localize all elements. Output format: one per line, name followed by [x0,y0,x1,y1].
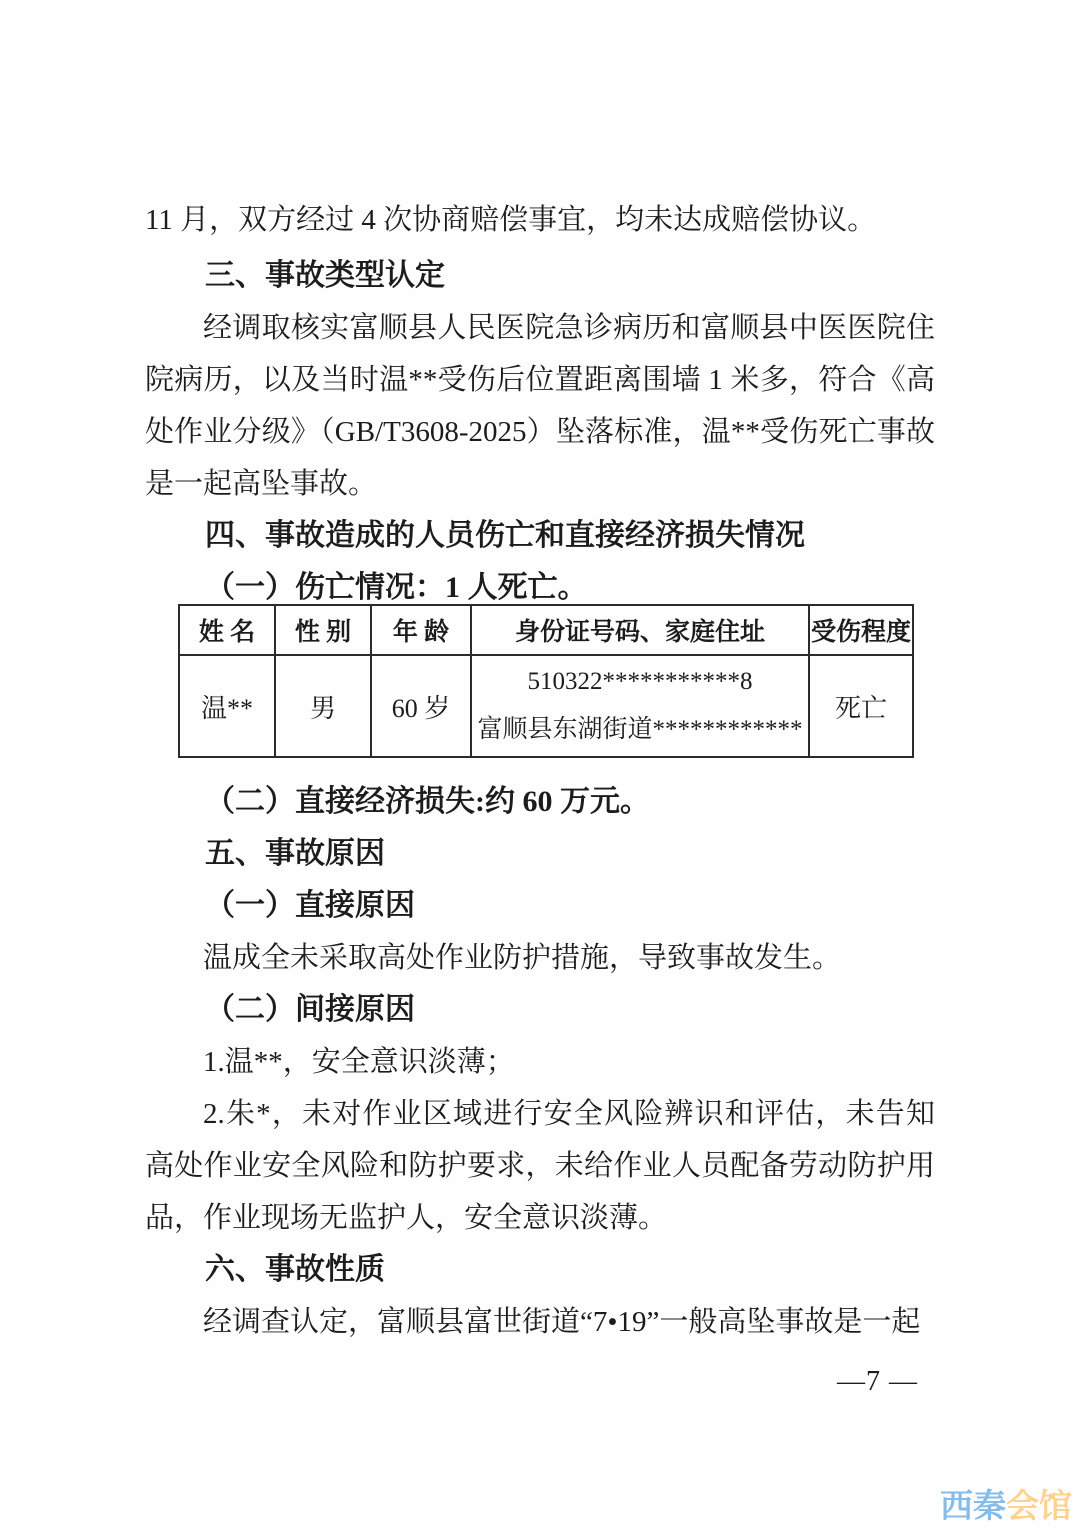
section-5-sub-1: （一）直接原因 [145,880,935,932]
header-injury: 受伤程度 [809,605,913,655]
cell-injury: 死亡 [809,655,913,757]
cell-name: 温** [179,655,275,757]
section-5-item-2: 2.朱*，未对作业区域进行安全风险辨识和评估，未告知高处作业安全风险和防护要求，… [145,1088,935,1244]
section-5-item-1: 1.温**，安全意识淡薄； [145,1036,935,1088]
casualty-table-data-row: 温** 男 60 岁 510322***********8 富顺县东湖街道***… [179,655,913,757]
page-number: —7 — [837,1366,918,1398]
section-5-heading: 五、事故原因 [145,828,935,880]
cell-address: 富顺县东湖街道************ [472,706,808,754]
section-4-sub-2: （二）直接经济损失:约 60 万元。 [145,776,935,828]
cell-gender: 男 [275,655,371,757]
paragraph-continuation: 11 月，双方经过 4 次协商赔偿事宜，均未达成赔偿协议。 [145,194,935,246]
casualty-table: 姓 名 性 别 年 龄 身份证号码、家庭住址 受伤程度 温** 男 60 岁 5… [178,604,914,758]
section-6-paragraph: 经调查认定，富顺县富世街道“7•19”一般高坠事故是一起 [145,1296,935,1348]
section-6-heading: 六、事故性质 [145,1244,935,1296]
watermark-part-2: 会馆 [1006,1487,1072,1524]
section-4-heading: 四、事故造成的人员伤亡和直接经济损失情况 [145,510,935,562]
document-body: 11 月，双方经过 4 次协商赔偿事宜，均未达成赔偿协议。 三、事故类型认定 经… [145,194,935,1348]
section-3-heading: 三、事故类型认定 [145,250,935,302]
cell-id-address: 510322***********8 富顺县东湖街道************ [471,655,809,757]
cell-age: 60 岁 [371,655,471,757]
header-id-address: 身份证号码、家庭住址 [471,605,809,655]
watermark-part-1: 西秦 [940,1487,1006,1524]
document-page: 11 月，双方经过 4 次协商赔偿事宜，均未达成赔偿协议。 三、事故类型认定 经… [0,0,1080,1528]
section-5-sub-2: （二）间接原因 [145,984,935,1036]
section-3-paragraph: 经调取核实富顺县人民医院急诊病历和富顺县中医医院住院病历，以及当时温**受伤后位… [145,302,935,510]
cell-id-number: 510322***********8 [472,658,808,706]
watermark-logo: 西秦会馆 [940,1489,1072,1522]
section-5-paragraph-1: 温成全未采取高处作业防护措施，导致事故发生。 [145,932,935,984]
